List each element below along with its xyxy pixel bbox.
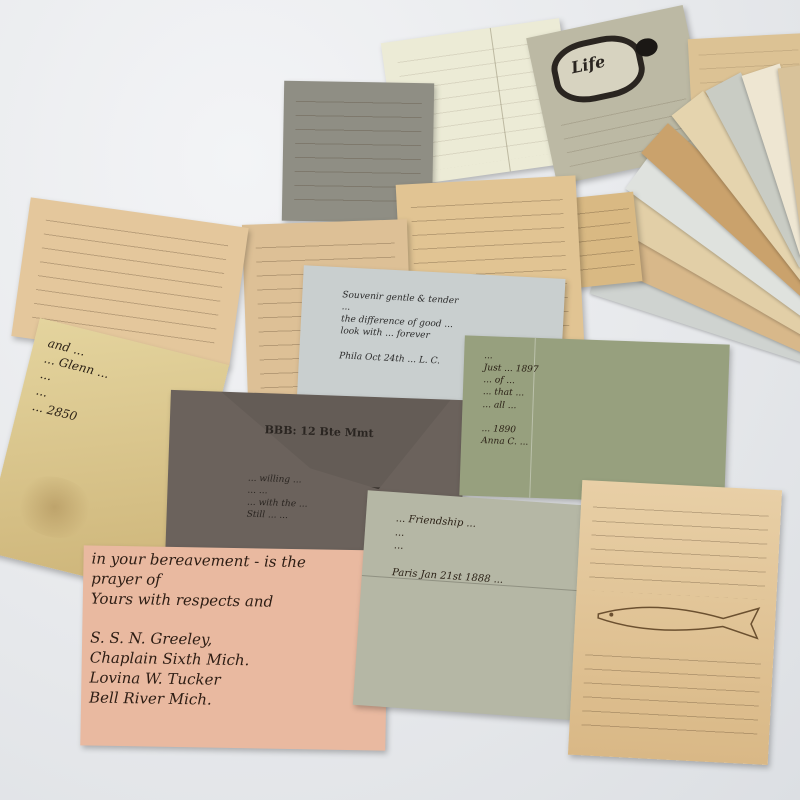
grey-green-letter-text: ... Friendship ... ... ... Paris Jan 21s…	[392, 512, 508, 587]
stain	[9, 468, 101, 546]
fish-page-lower-lines	[581, 645, 761, 742]
fish-sketch-icon	[592, 596, 764, 645]
envelope-text: ... willing ... ... ... ... with the ...…	[246, 473, 308, 524]
grey-green-letter: ... Friendship ... ... ... Paris Jan 21s…	[353, 490, 597, 721]
green-letter: ... Just ... 1897 ... of ... ... that ..…	[459, 335, 729, 504]
green-letter-text: ... Just ... 1897 ... of ... ... that ..…	[481, 350, 539, 449]
yellow-letter-text: and ... ... Glenn ... ... ... ... 2850	[31, 335, 115, 430]
fish-page: Many ... ... ... (fish sketch) ... Hydra…	[568, 480, 782, 765]
pink-letter: in your bereavement - is the prayer of Y…	[80, 545, 388, 750]
pink-letter-text: in your bereavement - is the prayer of Y…	[89, 549, 306, 711]
grey-note-text: Souvenir gentle & tender ... the differe…	[339, 289, 459, 368]
